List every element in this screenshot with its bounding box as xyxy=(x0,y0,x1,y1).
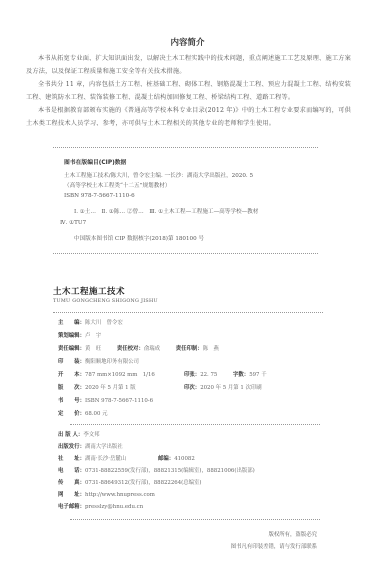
copyright-notice: 版权所有，盗版必究 xyxy=(268,530,317,538)
dotted-divider xyxy=(53,312,323,313)
cip-classification-1: Ⅰ. ①土… Ⅱ. ①陈… ②曾… Ⅲ. ①土木工程—工程施工—高等学校—教材 xyxy=(74,208,258,218)
dotted-divider xyxy=(70,424,320,425)
book-title: 土木工程施工技术 xyxy=(53,285,125,297)
dotted-divider xyxy=(53,147,318,148)
summary-paragraph-1: 本书从拓宽专业面、扩大知识面出发，以解决土木工程实践中的技术问题，重点阐述施工工… xyxy=(26,52,351,78)
credit-word-count: 字数：597 千 xyxy=(233,370,267,380)
cip-line-1: 土木工程施工技术/陈大川，曾令宏主编. 一长沙：湖南大学出版社，2020. 5 xyxy=(64,172,253,182)
publisher-phone: 电 话：0731-88822559(发行部)，88821315(编辑室)，888… xyxy=(58,466,255,476)
credit-book-number: 书 号：ISBN 978-7-5667-1110-6 xyxy=(58,396,153,406)
publisher-person: 出 版 人：李文邦 xyxy=(58,430,100,440)
print-error-notice: 图书凡有印装差错，请与发行部联系 xyxy=(231,542,317,550)
credit-printer: 印 装：衡阳顺地印务有限公司 xyxy=(58,357,139,367)
summary-paragraph-2: 全书共分 11 章，内容包括土方工程、桩基础工程、砌体工程、钢筋混凝土工程、预应… xyxy=(26,78,351,104)
credit-price: 定 价：68.00 元 xyxy=(58,409,108,419)
publisher-address: 社 址：湖南·长沙·岳麓山 xyxy=(58,454,126,464)
summary-title: 内容简介 xyxy=(0,36,375,48)
cip-heading: 图书在版编目(CIP)数据 xyxy=(64,157,126,166)
cip-record: 中国版本图书馆 CIP 数据核字(2018)第 180100 号 xyxy=(74,235,204,245)
book-pinyin: TUMU GONGCHENG SHIGONG JISHU xyxy=(53,299,158,304)
publisher-fax: 传 真：0731-88649312(发行部)，88822264(总编室) xyxy=(58,478,202,488)
credit-format: 开 本：787 mm×1092 mm 1/16 xyxy=(58,370,155,380)
cip-classification-2: Ⅳ. ①TU7 xyxy=(60,219,86,229)
credit-chief-editor: 主 编：陈大川 曾令宏 xyxy=(58,318,123,328)
cip-isbn: ISBN 978-7-5667-1110-6 xyxy=(64,192,135,202)
credit-printing: 印次：2020 年 5 月第 1 次印刷 xyxy=(184,383,262,393)
summary-paragraph-3: 本书是根据教育部颁布实施的《普通高等学校本科专业目录(2012 年)》中的土木工… xyxy=(26,104,351,130)
credit-edition: 版 次：2020 年 5 月第 1 版 xyxy=(58,383,136,393)
credit-editors: 责任编辑：黄 旺 责任校对：俞瑞成 责任印制：陈 燕 xyxy=(58,344,219,354)
credit-sheets: 印张：22. 75 xyxy=(184,370,217,380)
publisher-name: 出版发行：湖南大学出版社 xyxy=(58,442,123,452)
publisher-website: 网 址：http://www.hnupress.com xyxy=(58,490,155,500)
publisher-email: 电子邮箱：presslzy@hnu.edu.cn xyxy=(58,502,143,512)
credit-planning-editor: 策划编辑：卢 宇 xyxy=(58,331,101,341)
dotted-divider xyxy=(70,519,320,520)
dotted-divider xyxy=(53,253,318,254)
cip-line-2: （高等学校土木工程类“十二五”规划教材） xyxy=(64,182,170,192)
publisher-postcode: 邮编：410082 xyxy=(158,454,195,464)
